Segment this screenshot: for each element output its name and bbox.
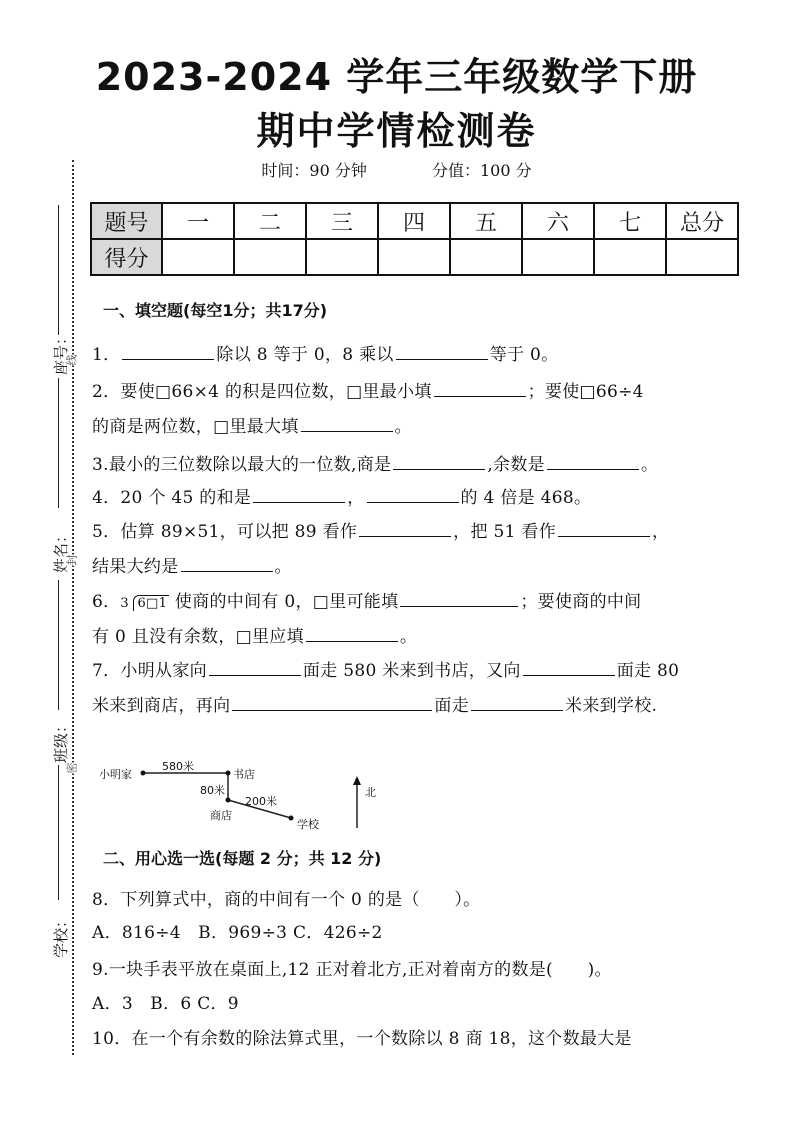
answer-blank[interactable] xyxy=(393,453,485,470)
question-8: 8．下列算式中，商的中间有一个 0 的是（ ）。 xyxy=(92,885,480,910)
answer-blank[interactable] xyxy=(301,415,393,432)
score-table-cell: 总分 xyxy=(666,203,738,239)
exam-title-line2: 期中学情检测卷 xyxy=(0,100,793,155)
question-3: 3.最小的三位数除以最大的一位数,商是,余数是。 xyxy=(92,450,658,475)
route-lines xyxy=(95,750,385,835)
name-label: 姓名： xyxy=(50,528,71,573)
q6-number: 6． xyxy=(92,592,120,612)
answer-blank[interactable] xyxy=(400,590,518,607)
answer-blank[interactable] xyxy=(434,380,526,397)
label-bookstore: 书店 xyxy=(233,766,255,782)
question-2-line1: 2．要使□66×4 的积是四位数，□里最小填；要使□66÷4 xyxy=(92,377,644,402)
question-8-options: A．816÷4 B．969÷3 C．426÷2 xyxy=(92,918,383,943)
label-school: 学校 xyxy=(297,816,319,832)
long-division-symbol: 3 6□1 xyxy=(120,596,169,611)
class-line[interactable] xyxy=(58,580,59,710)
score-cell[interactable] xyxy=(306,239,378,275)
score-row-label: 得分 xyxy=(91,239,162,275)
school-label: 学校： xyxy=(50,913,71,958)
section1-heading: 一、填空题(每空1分；共17分) xyxy=(103,298,327,321)
score-cell[interactable] xyxy=(234,239,306,275)
q5-text: ， xyxy=(652,522,669,542)
q1-text: 除以 8 等于 0，8 乘以 xyxy=(216,345,393,365)
exam-meta: 时间：90 分钟 分值：100 分 xyxy=(0,158,793,181)
q3-text-end: 。 xyxy=(641,455,658,475)
question-9-options: A．3 B．6 C．9 xyxy=(92,989,239,1014)
q7-text: 面走 xyxy=(434,696,469,716)
exam-time: 时间：90 分钟 xyxy=(261,161,366,180)
question-10: 10．在一个有余数的除法算式里，一个数除以 8 商 18，这个数最大是 xyxy=(92,1024,632,1049)
answer-blank[interactable] xyxy=(396,343,488,360)
seal-mark-line: 线 xyxy=(64,355,80,366)
question-9: 9.一块手表平放在桌面上,12 正对着北方,正对着南方的数是( )。 xyxy=(92,955,612,980)
question-4: 4．20 个 45 的和是，的 4 倍是 468。 xyxy=(92,483,591,508)
exam-total-score: 分值：100 分 xyxy=(432,161,532,180)
answer-blank[interactable] xyxy=(209,659,301,676)
q6-text: ；要使商的中间 xyxy=(520,592,641,612)
question-5-line1: 5．估算 89×51，可以把 89 看作，把 51 看作， xyxy=(92,517,669,542)
route-map-diagram: 小明家 580米 书店 80米 200米 商店 学校 北 xyxy=(95,750,385,835)
divisor: 3 xyxy=(120,596,129,611)
score-table-header-row: 题号 一 二 三 四 五 六 七 总分 xyxy=(91,203,738,239)
answer-blank[interactable] xyxy=(253,486,345,503)
question-1: 1．除以 8 等于 0，8 乘以等于 0。 xyxy=(92,340,558,365)
q6-text: 有 0 且没有余数，□里应填 xyxy=(92,627,304,647)
q3-text: 3.最小的三位数除以最大的一位数,商是 xyxy=(92,455,391,475)
q7-text: 7．小明从家向 xyxy=(92,661,207,681)
answer-blank[interactable] xyxy=(523,659,615,676)
answer-blank[interactable] xyxy=(359,520,451,537)
answer-blank[interactable] xyxy=(558,520,650,537)
q5-text: ，把 51 看作 xyxy=(453,522,556,542)
score-cell[interactable] xyxy=(162,239,234,275)
score-table-cell: 题号 xyxy=(91,203,162,239)
score-table-cell: 五 xyxy=(450,203,522,239)
label-shop: 商店 xyxy=(210,807,232,823)
score-cell[interactable] xyxy=(594,239,666,275)
q5-text-end: 。 xyxy=(275,557,292,577)
q5-text: 结果大约是 xyxy=(92,557,179,577)
answer-blank[interactable] xyxy=(547,453,639,470)
seat-number-line[interactable] xyxy=(58,205,59,335)
label-distance-580: 580米 xyxy=(162,758,194,774)
label-distance-200: 200米 xyxy=(245,793,277,809)
score-cell[interactable] xyxy=(378,239,450,275)
question-6-line1: 6．3 6□1 使商的中间有 0，□里可能填；要使商的中间 xyxy=(92,587,641,612)
q6-text-end: 。 xyxy=(400,627,417,647)
q2-text: 2．要使□66×4 的积是四位数，□里最小填 xyxy=(92,382,432,402)
school-line[interactable] xyxy=(58,765,59,900)
seat-number-label: 座号： xyxy=(50,330,71,375)
seal-mark-secret: 密 xyxy=(64,763,80,774)
score-cell[interactable] xyxy=(522,239,594,275)
score-table-cell: 三 xyxy=(306,203,378,239)
score-table-score-row: 得分 xyxy=(91,239,738,275)
score-cell[interactable] xyxy=(450,239,522,275)
q2-text: 的商是两位数，□里最大填 xyxy=(92,417,299,437)
score-cell[interactable] xyxy=(666,239,738,275)
exam-title-line1: 2023-2024 学年三年级数学下册 xyxy=(0,46,793,101)
q1-text-end: 等于 0。 xyxy=(490,345,559,365)
label-home: 小明家 xyxy=(99,766,132,782)
answer-blank[interactable] xyxy=(232,694,432,711)
binding-dotted-line xyxy=(72,160,74,1055)
q7-text: 面走 80 xyxy=(617,661,680,681)
question-2-line2: 的商是两位数，□里最大填。 xyxy=(92,412,412,437)
answer-blank[interactable] xyxy=(122,343,214,360)
answer-blank[interactable] xyxy=(471,694,563,711)
score-table-cell: 一 xyxy=(162,203,234,239)
question-7-line1: 7．小明从家向面走 580 米来到书店，又向面走 80 xyxy=(92,656,679,681)
q4-text: 4．20 个 45 的和是 xyxy=(92,488,251,508)
q7-text-end: 米来到学校. xyxy=(565,696,657,716)
answer-blank[interactable] xyxy=(181,555,273,572)
question-6-line2: 有 0 且没有余数，□里应填。 xyxy=(92,622,417,647)
score-table: 题号 一 二 三 四 五 六 七 总分 得分 xyxy=(90,202,739,276)
q7-text: 米来到商店，再向 xyxy=(92,696,230,716)
score-table-cell: 七 xyxy=(594,203,666,239)
section2-heading: 二、用心选一选(每题 2 分；共 12 分) xyxy=(103,846,381,869)
q5-text: 5．估算 89×51，可以把 89 看作 xyxy=(92,522,357,542)
answer-blank[interactable] xyxy=(367,486,459,503)
q2-text-end: 。 xyxy=(395,417,412,437)
north-arrow-label: 北 xyxy=(365,784,376,800)
seal-mark-seal: 封 xyxy=(64,555,80,566)
dividend: 6□1 xyxy=(133,595,169,611)
q6-text: 使商的中间有 0，□里可能填 xyxy=(175,592,398,612)
score-table-cell: 六 xyxy=(522,203,594,239)
question-5-line2: 结果大约是。 xyxy=(92,552,292,577)
q4-text-end: 的 4 倍是 468。 xyxy=(461,488,592,508)
q7-text: 面走 580 米来到书店，又向 xyxy=(303,661,521,681)
q2-text: ；要使□66÷4 xyxy=(528,382,644,402)
q1-number: 1． xyxy=(92,345,120,365)
class-label: 班级： xyxy=(50,718,71,763)
name-line[interactable] xyxy=(58,378,59,508)
score-table-cell: 二 xyxy=(234,203,306,239)
q3-text: ,余数是 xyxy=(487,455,545,475)
score-table-cell: 四 xyxy=(378,203,450,239)
answer-blank[interactable] xyxy=(306,625,398,642)
question-7-line2: 米来到商店，再向面走米来到学校. xyxy=(92,691,657,716)
label-distance-80: 80米 xyxy=(200,782,225,798)
q4-text: ， xyxy=(347,488,364,508)
